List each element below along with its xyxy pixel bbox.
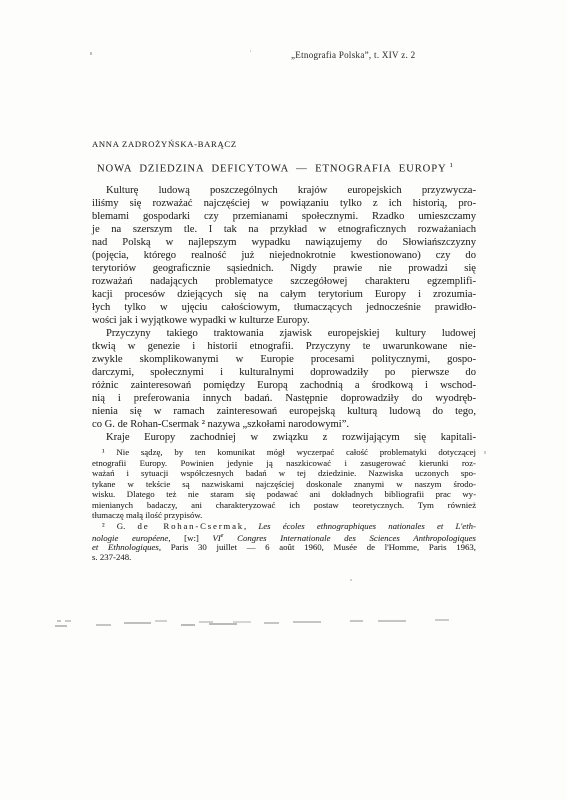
footnote-segment: mienianych badaczy, ani charakteryzować … — [92, 500, 476, 510]
footnote-line: tłumaczę małą ilość przypisów. — [92, 510, 476, 521]
scan-artifact-dash — [378, 620, 406, 622]
body-line: rozważań nadających problematyce szczegó… — [92, 275, 476, 288]
body-line: darczymi, społecznymi i kulturalnymi dop… — [92, 366, 476, 379]
footnote-line: ¹ Nie sądzę, by ten komunikat mógł wycze… — [92, 447, 476, 458]
footnote-line: tykane w tekście są nazwiskami najczęści… — [92, 479, 476, 490]
scan-artifact-dash — [65, 620, 71, 622]
footnote-segment: ważań i sytuacji współczesnych badań w t… — [92, 468, 476, 478]
body-text: Kulturę ludową poszczególnych krajów eur… — [92, 184, 476, 444]
body-line: różnic zainteresowań pomiędzy Europą zac… — [92, 379, 476, 392]
body-line: tkwią w genezie i historii etnografii. P… — [92, 340, 476, 353]
body-line: je na szerszym tle. I tak na przykład w … — [92, 223, 476, 236]
scan-artifact-dash — [264, 622, 279, 624]
body-line: nienia się w ramach zainteresowań europe… — [92, 405, 476, 418]
footnote-segment: Les écoles ethnographiques nationales et… — [258, 521, 476, 531]
journal-header: „Etnografia Polska”, t. XIV z. 2 — [291, 50, 415, 60]
footnote-line: s. 237-248. — [92, 552, 476, 563]
scan-speck — [350, 579, 352, 581]
footnote-segment: et Ethnologiques, — [92, 542, 161, 552]
footnote-line: ² G. de Rohan-Csermak, Les écoles ethnog… — [92, 521, 476, 532]
footnote-segment: tłumaczę małą ilość przypisów. — [92, 510, 202, 520]
footnote-segment: ² G. — [102, 521, 138, 531]
body-line: terytoriów geograficznie sąsiednich. Nig… — [92, 262, 476, 275]
title-footnote-mark: 1 — [450, 162, 453, 169]
footnote-segment: s. 237-248. — [92, 552, 131, 562]
footnote-line: wisku. Dlatego też nie staram się podawa… — [92, 489, 476, 500]
footnote-segment: de Rohan-Csermak — [138, 521, 244, 531]
body-line: nią i preferowania innych badań. Następn… — [92, 392, 476, 405]
scan-artifact-dash — [293, 621, 321, 623]
scan-speck — [250, 50, 251, 52]
body-line: (pojęcia, którego realność już niejednok… — [92, 249, 476, 262]
body-line: kacji procesów dziejących się na całym t… — [92, 288, 476, 301]
scan-speck — [484, 451, 486, 454]
footnote-line: ważań i sytuacji współczesnych badań w t… — [92, 468, 476, 479]
body-line: łych tylko w ujęciu całościowym, tłumacz… — [92, 301, 476, 314]
scan-artifact-dash — [233, 621, 251, 623]
body-line: zwykle skomplikowanymi w Europie procesa… — [92, 353, 476, 366]
footnote-line: nologie européene, [w:] VIe Congres Inte… — [92, 531, 476, 542]
footnote-line: et Ethnologiques, Paris 30 juillet — 6 a… — [92, 542, 476, 553]
footnote-segment: wisku. Dlatego też nie staram się podawa… — [92, 489, 476, 499]
footnote-segment: ¹ Nie sądzę, by ten komunikat mógł wycze… — [102, 447, 476, 457]
scan-artifact-dash — [55, 625, 67, 627]
footnotes: ¹ Nie sądzę, by ten komunikat mógł wycze… — [92, 447, 476, 563]
footnote-segment: tykane w tekście są nazwiskami najczęści… — [92, 479, 476, 489]
body-line: Kulturę ludową poszczególnych krajów eur… — [92, 184, 476, 197]
author-name: ANNA ZADROŻYŃSKA-BARĄCZ — [92, 139, 237, 149]
footnote-segment: , — [244, 521, 258, 531]
scan-artifact-dash — [124, 622, 151, 624]
scan-artifact-dash — [96, 624, 111, 626]
scan-artifact-dash — [435, 619, 449, 621]
scanned-page: „Etnografia Polska”, t. XIV z. 2 ANNA ZA… — [0, 0, 567, 800]
body-line: blemami gospodarki czy przemianami społe… — [92, 210, 476, 223]
scan-artifact-dash — [57, 620, 61, 622]
scan-artifact-dash — [155, 620, 167, 622]
body-line: co G. de Rohan-Csermak ² nazywa „szkołam… — [92, 418, 476, 431]
article-title-text: NOWA DZIEDZINA DEFICYTOWA — ETNOGRAFIA E… — [97, 164, 447, 175]
article-title: NOWA DZIEDZINA DEFICYTOWA — ETNOGRAFIA E… — [97, 162, 453, 175]
body-line: nad Polską w najlepszym wypadku nawiązuj… — [92, 236, 476, 249]
body-line: Kraje Europy zachodniej w związku z rozw… — [92, 431, 476, 444]
footnote-line: etnografii Europy. Powinien jedynie ją n… — [92, 458, 476, 469]
body-line: Przyczyny takiego traktowania zjawisk eu… — [92, 327, 476, 340]
scan-artifact-dash — [209, 623, 237, 625]
body-line: iliśmy się rozważać najczęściej w powiąz… — [92, 197, 476, 210]
body-line: wości jak i wyjątkowe wypadki w kulturze… — [92, 314, 476, 327]
scan-speck — [90, 52, 92, 55]
footnote-line: mienianych badaczy, ani charakteryzować … — [92, 500, 476, 511]
footnote-segment: etnografii Europy. Powinien jedynie ją n… — [92, 458, 476, 468]
scan-artifact-dash — [350, 620, 363, 622]
footnote-segment: Paris 30 juillet — 6 août 1960, Musée de… — [161, 542, 476, 552]
scan-artifact-dash — [181, 624, 195, 626]
